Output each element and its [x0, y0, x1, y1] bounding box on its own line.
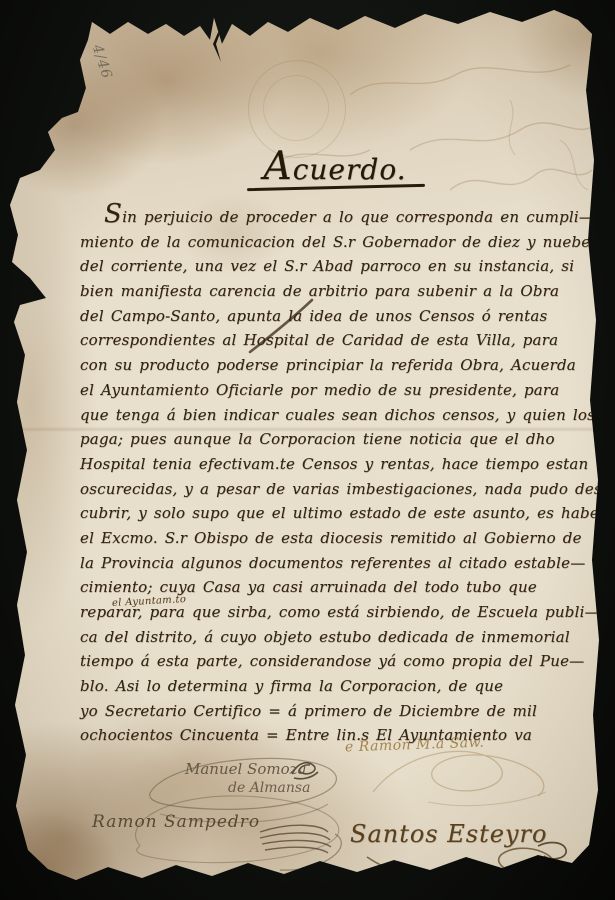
manuscript-line: Hospital tenia efectivam.te Censos y ren…	[80, 452, 585, 477]
manuscript-line: la Provincia algunos documentos referent…	[80, 551, 585, 576]
manuscript-line: el Excmo. S.r Obispo de esta diocesis re…	[80, 526, 585, 551]
manuscript-line: paga; pues aunque la Corporacion tiene n…	[80, 427, 585, 452]
manuscript-line: del corriente, una vez el S.r Abad parro…	[80, 254, 585, 279]
manuscript-line: Sin perjuicio de proceder a lo que corre…	[80, 205, 585, 230]
manuscript-line: correspondientes al Hospital de Caridad …	[80, 328, 585, 353]
embossed-seal-inner	[263, 75, 329, 141]
manuscript-line: cubrir, y solo supo que el ultimo estado…	[80, 501, 585, 526]
paper-tear-crack	[205, 8, 235, 68]
manuscript-line: blo. Asi lo determina y firma la Corpora…	[80, 674, 585, 699]
signature-manuel-somoza: Manuel Somoza	[185, 760, 306, 778]
manuscript-line: ca del distrito, á cuyo objeto estubo de…	[80, 625, 585, 650]
manuscript-line: yo Secretario Certifico = á primero de D…	[80, 699, 585, 724]
manuscript-body: Sin perjuicio de proceder a lo que corre…	[80, 205, 585, 748]
manuscript-line: miento de la comunicacion del S.r Gobern…	[80, 230, 585, 255]
signature-ramon-sampedro: Ramon Sampedro	[92, 812, 260, 832]
manuscript-line: que tenga á bien indicar cuales sean dic…	[80, 403, 585, 428]
document-photo: 4/46 Acuerdo. Sin perjuicio de proceder …	[0, 0, 615, 900]
document-title: Acuerdo.	[230, 144, 440, 189]
manuscript-line: bien manifiesta carencia de arbitrio par…	[80, 279, 585, 304]
pencil-mark: 4/46	[89, 43, 115, 82]
manuscript-line: tiempo á esta parte, considerandose yá c…	[80, 649, 585, 674]
manuscript-paper: 4/46 Acuerdo. Sin perjuicio de proceder …	[0, 0, 615, 900]
manuscript-line: del Campo-Santo, apunta la idea de unos …	[80, 304, 585, 329]
manuscript-line: con su producto poderse principiar la re…	[80, 353, 585, 378]
manuscript-line: oscurecidas, y a pesar de varias imbesti…	[80, 477, 585, 502]
manuscript-line: el Ayuntamiento Oficiarle por medio de s…	[80, 378, 585, 403]
faint-flourish	[368, 742, 568, 812]
signature-flourish-santos	[352, 832, 582, 892]
